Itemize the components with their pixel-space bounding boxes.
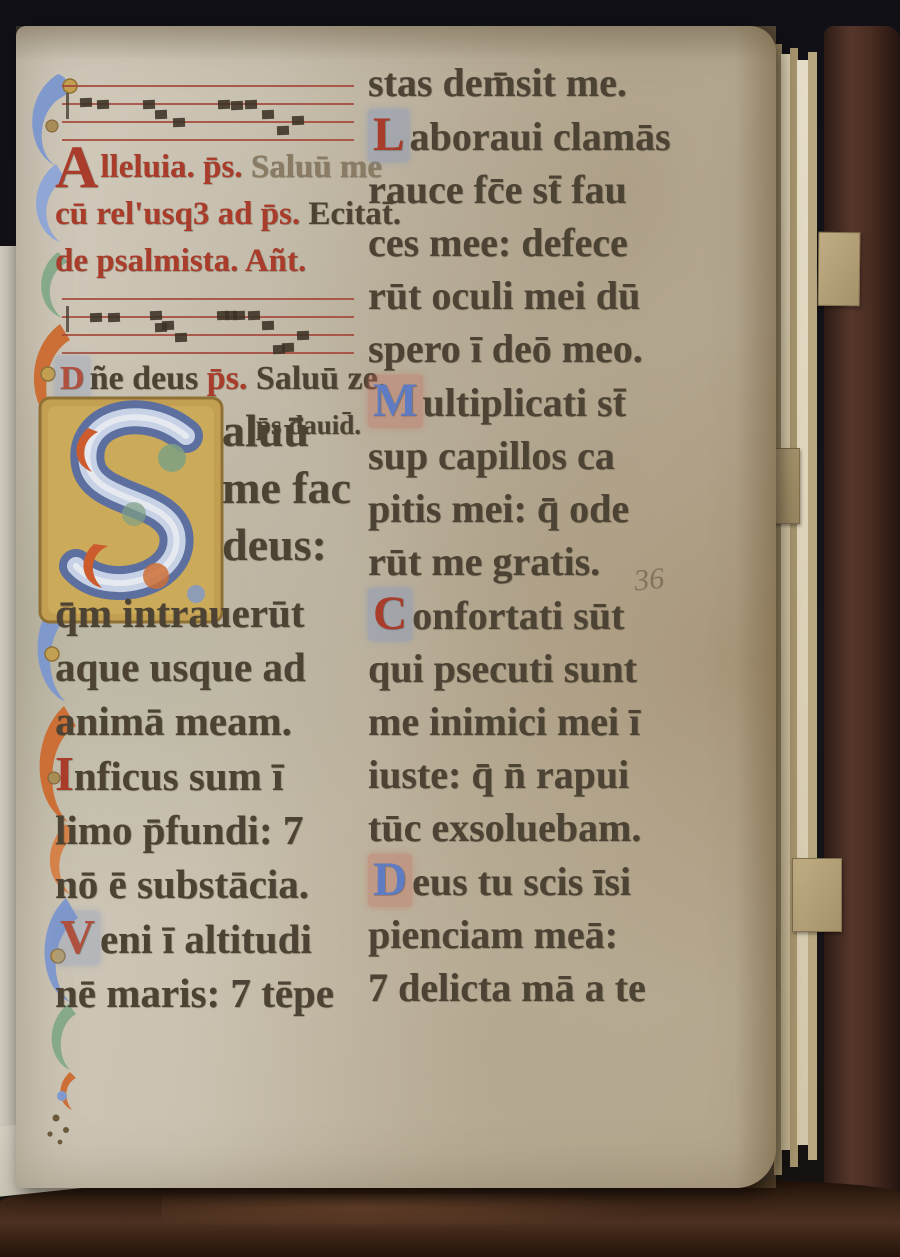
rubric-text-faded: Saluū me [242,149,381,185]
text-line: limo p̄fundi: 7 [55,803,365,857]
text-line: me inimici mei ī [368,695,670,748]
rubric-text: cū rel'usq3 ad p̄s. [55,196,300,232]
pen-initial: V [55,911,100,965]
text-line: aluū [222,402,364,459]
neume [143,100,155,109]
rubric-text: ñe deus [90,360,207,397]
neume [108,313,120,322]
parchment-tab [818,232,861,306]
neume [97,100,109,109]
text-line: aque usque ad [55,640,365,694]
psalm-opening-words: aluūme facdeus: [222,402,364,573]
text-line: animā meam. [55,694,365,748]
neume [245,100,257,109]
binding-leather-right [824,26,900,1246]
text-line: pitis mei: q̄ ode [368,482,670,535]
text-line: iuste: q̄ n̄ rapui [368,748,670,801]
neume [262,110,274,119]
text-line: stas dem̄sit me. [368,56,670,109]
neume [233,311,245,320]
pen-initial: C [368,588,412,641]
pen-initial: D [368,854,412,907]
pen-initial: I [55,748,74,802]
text-line: Laboraui clamās [368,109,670,163]
page-edge-strip [808,52,817,1160]
neume [90,313,102,322]
stave-line [62,139,354,141]
stave-line [62,85,354,87]
text-line: nē maris: 7 tēpe [55,966,365,1020]
neume [218,100,230,109]
pen-initial: M [368,375,423,428]
clef-mark [66,93,69,119]
text-line: pienciam meā: [368,908,670,961]
text-line: Veni ī altitudi [55,911,365,966]
text-line: rauce fc̄e st̄ fau [368,163,670,216]
rubric-text: p̄s. [207,360,248,397]
rubric-text: de psalmista. Añt. [55,243,306,279]
text-line: spero ī deō meo. [368,322,670,375]
text-line: tūc exsoluebam. [368,801,670,854]
text-line: rūt me gratis. [368,535,670,588]
neume [262,321,274,330]
neume [80,98,92,107]
neume [297,331,309,340]
text-line: deus: [222,516,364,573]
right-text-column: stas dem̄sit me.Laboraui clamāsrauce fc̄… [368,56,670,1014]
text-line: Multiplicati st̄ [368,375,670,429]
text-line: me fac [222,459,364,516]
neume [231,101,243,110]
rubric-alleluia: Alleluia. p̄s. Saluū me cū rel'usq3 ad p… [55,144,367,285]
music-stave [62,298,354,358]
neume [155,110,167,119]
text-line: ces mee: defece [368,216,670,269]
manuscript-page: Alleluia. p̄s. Saluū me cū rel'usq3 ad p… [16,26,776,1188]
stave-line [62,121,354,123]
text-line: rūt oculi mei dū [368,269,670,322]
neume [162,321,174,330]
rubric-text: Saluū ze. [247,360,386,397]
text-line: Confortati sūt [368,588,670,642]
text-line: sup capillos ca [368,429,670,482]
rubric-text: lleluia. p̄s. [100,149,242,185]
text-line: q̄m intrauerūt [55,586,365,640]
left-text-column: q̄m intrauerūtaque usque adanimā meam.In… [55,586,365,1020]
music-stave [62,85,354,145]
neume [248,311,260,320]
parchment-tab [792,858,842,932]
text-line: nō ē substācia. [55,857,365,911]
text-line: Deus tu scis īsi [368,854,670,908]
stave-line [62,352,354,354]
neume [277,126,289,135]
neume [175,333,187,342]
text-line: qui psecuti sunt [368,642,670,695]
clef-mark [66,306,69,332]
neume [292,116,304,125]
pen-initial: L [368,109,409,162]
neume [150,311,162,320]
stave-line [62,298,354,300]
text-line: 7 delicta mā a te [368,961,670,1014]
neume [282,343,294,352]
neume [173,118,185,127]
binding-leather-bottom [0,1180,900,1257]
manuscript-photo: Alleluia. p̄s. Saluū me cū rel'usq3 ad p… [0,0,900,1257]
text-line: Inficus sum ī [55,748,365,803]
stave-line [62,316,354,318]
stave-line [62,334,354,336]
